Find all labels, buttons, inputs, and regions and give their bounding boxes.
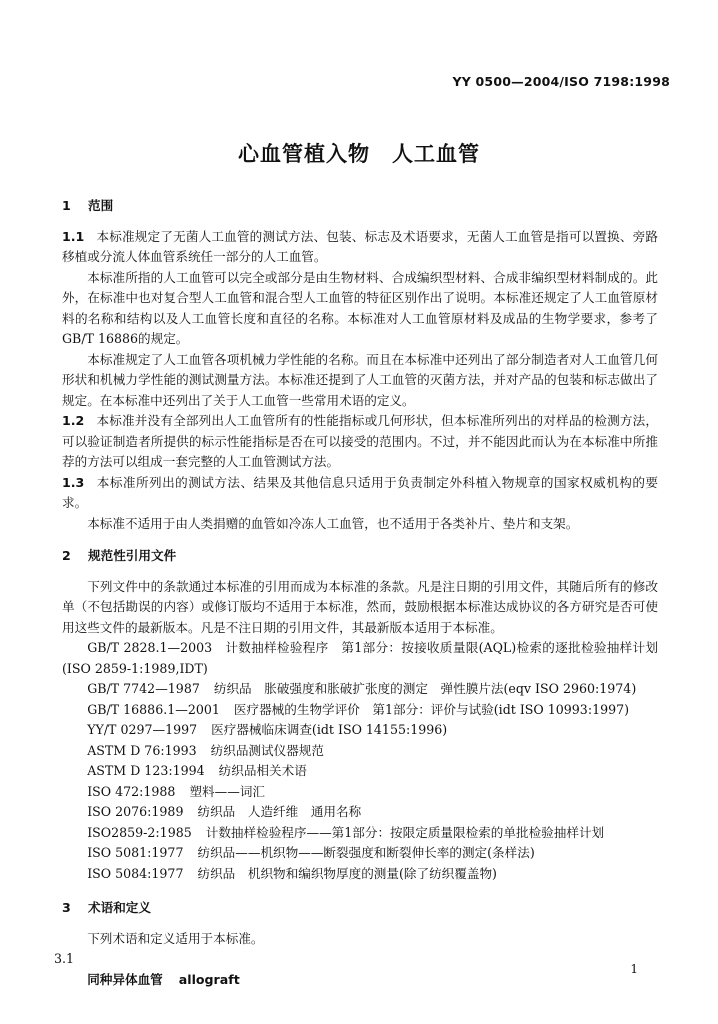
reference-item: ASTM D 123:1994纺织品相关术语 xyxy=(62,761,658,782)
document-body: 1范围 1.1本标准规定了无菌人工血管的测试方法、包装、标志及术语要求，无菌人工… xyxy=(62,196,658,990)
reference-item: GB/T 2828.1—2003 计数抽样检验程序 第1部分：按接收质量限(AQ… xyxy=(62,638,658,679)
reference-item: ISO 2076:1989纺织品 人造纤维 通用名称 xyxy=(62,802,658,823)
section-1-heading: 1范围 xyxy=(62,196,658,217)
paragraph: 下列术语和定义适用于本标准。 xyxy=(62,929,658,950)
clause-1-2: 1.2本标准并没有全部列出人工血管所有的性能指标或几何形状，但本标准所列出的对样… xyxy=(62,411,658,473)
section-3-heading: 3术语和定义 xyxy=(62,898,658,919)
section-2-heading: 2规范性引用文件 xyxy=(62,546,658,567)
reference-item: ASTM D 76:1993纺织品测试仪器规范 xyxy=(62,741,658,762)
reference-item: ISO 472:1988塑料——词汇 xyxy=(62,782,658,803)
reference-item: ISO 5081:1977纺织品——机织物——断裂强度和断裂伸长率的测定(条样法… xyxy=(62,843,658,864)
paragraph: 下列文件中的条款通过本标准的引用而成为本标准的条款。凡是注日期的引用文件，其随后… xyxy=(62,577,658,639)
document-title: 心血管植入物 人工血管 xyxy=(0,138,718,168)
paragraph: 本标准规定了人工血管各项机械力学性能的名称。而且在本标准中还列出了部分制造者对人… xyxy=(62,350,658,412)
clause-1-1: 1.1本标准规定了无菌人工血管的测试方法、包装、标志及术语要求，无菌人工血管是指… xyxy=(62,227,658,268)
page-number: 1 xyxy=(630,962,638,976)
reference-item: GB/T 16886.1—2001医疗器械的生物学评价 第1部分：评价与试验(i… xyxy=(62,700,658,721)
term-entry: 同种异体血管allograft xyxy=(62,970,658,991)
clause-1-3: 1.3本标准所列出的测试方法、结果及其他信息只适用于负责制定外科植入物规章的国家… xyxy=(62,473,658,514)
reference-item: ISO 5084:1977纺织品 机织物和编织物厚度的测量(除了纺织覆盖物) xyxy=(62,864,658,885)
paragraph: 本标准不适用于由人类捐赠的血管如冷冻人工血管，也不适用于各类补片、垫片和支架。 xyxy=(62,514,658,535)
reference-item: YY/T 0297—1997医疗器械临床调查(idt ISO 14155:199… xyxy=(62,720,658,741)
term-number: 3.1 xyxy=(54,949,658,970)
reference-item: GB/T 7742—1987纺织品 胀破强度和胀破扩张度的测定 弹性膜片法(eq… xyxy=(62,679,658,700)
standard-number: YY 0500—2004/ISO 7198:1998 xyxy=(452,74,670,89)
paragraph: 本标准所指的人工血管可以完全或部分是由生物材料、合成编织型材料、合成非编织型材料… xyxy=(62,268,658,350)
reference-item: ISO2859-2:1985计数抽样检验程序——第1部分：按限定质量限检索的单批… xyxy=(62,823,658,844)
